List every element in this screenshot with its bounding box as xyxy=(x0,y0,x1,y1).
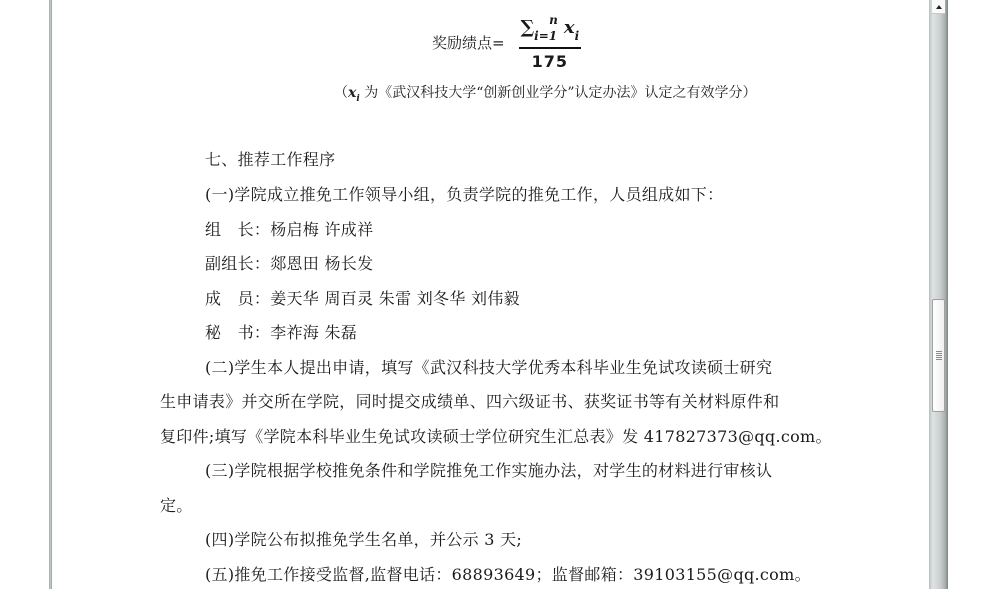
note-text: 为《武汉科技大学“创新创业学分”认定办法》认定之有效学分） xyxy=(360,85,757,101)
sum-variable-index: i xyxy=(575,29,580,43)
sum-upper-bound: n xyxy=(549,13,558,27)
scroll-up-button[interactable] xyxy=(932,0,945,14)
paragraph-line: (三)学院根据学校推免条件和学院推免工作实施办法，对学生的材料进行审核认 xyxy=(205,461,772,481)
section-heading: 七、推荐工作程序 xyxy=(205,150,335,170)
paragraph-line: 复印件;填写《学院本科毕业生免试攻读硕士学位研究生汇总表》发 417827373… xyxy=(160,427,832,447)
formula-fraction: ∑i=1nxi 175 xyxy=(519,11,582,73)
arrow-up-icon xyxy=(936,5,942,9)
sigma-symbol: ∑ xyxy=(521,17,535,38)
member-secretary: 秘 书：李祚海 朱磊 xyxy=(205,323,357,343)
right-gutter xyxy=(948,0,998,589)
member-leader: 组 长：杨启梅 许成祥 xyxy=(205,220,373,240)
grip-icon xyxy=(936,351,942,360)
reward-gpa-formula: 奖励绩点= ∑i=1nxi 175 xyxy=(432,14,581,70)
note-open-paren: （ xyxy=(334,85,348,101)
paragraph-line: 生申请表》并交所在学院，同时提交成绩单、四六级证书、获奖证书等有关材料原件和 xyxy=(160,392,779,412)
formula-denominator: 175 xyxy=(532,49,568,73)
formula-note: （xi 为《武汉科技大学“创新创业学分”认定办法》认定之有效学分） xyxy=(334,82,757,104)
paragraph-line: (二)学生本人提出申请，填写《武汉科技大学优秀本科毕业生免试攻读硕士研究 xyxy=(205,358,772,378)
formula-numerator: ∑i=1nxi xyxy=(519,11,582,49)
paragraph-line: (一)学院成立推免工作领导小组，负责学院的推免工作，人员组成如下： xyxy=(205,185,723,205)
scrollbar-thumb[interactable] xyxy=(932,299,945,412)
member-members: 成 员：姜天华 周百灵 朱雷 刘冬华 刘伟毅 xyxy=(205,289,520,309)
vertical-scrollbar[interactable] xyxy=(929,0,948,589)
paragraph-line: 定。 xyxy=(160,496,193,516)
sum-lower-bound: i=1 xyxy=(534,29,557,43)
paragraph-line: (四)学院公布拟推免学生名单，并公示 3 天; xyxy=(205,530,522,550)
sum-variable: x xyxy=(564,17,575,38)
member-deputy-leader: 副组长：郯恩田 杨长发 xyxy=(205,254,373,274)
formula-label: 奖励绩点= xyxy=(432,32,505,53)
paragraph-line: (五)推免工作接受监督,监督电话：68893649；监督邮箱：39103155@… xyxy=(205,565,811,585)
